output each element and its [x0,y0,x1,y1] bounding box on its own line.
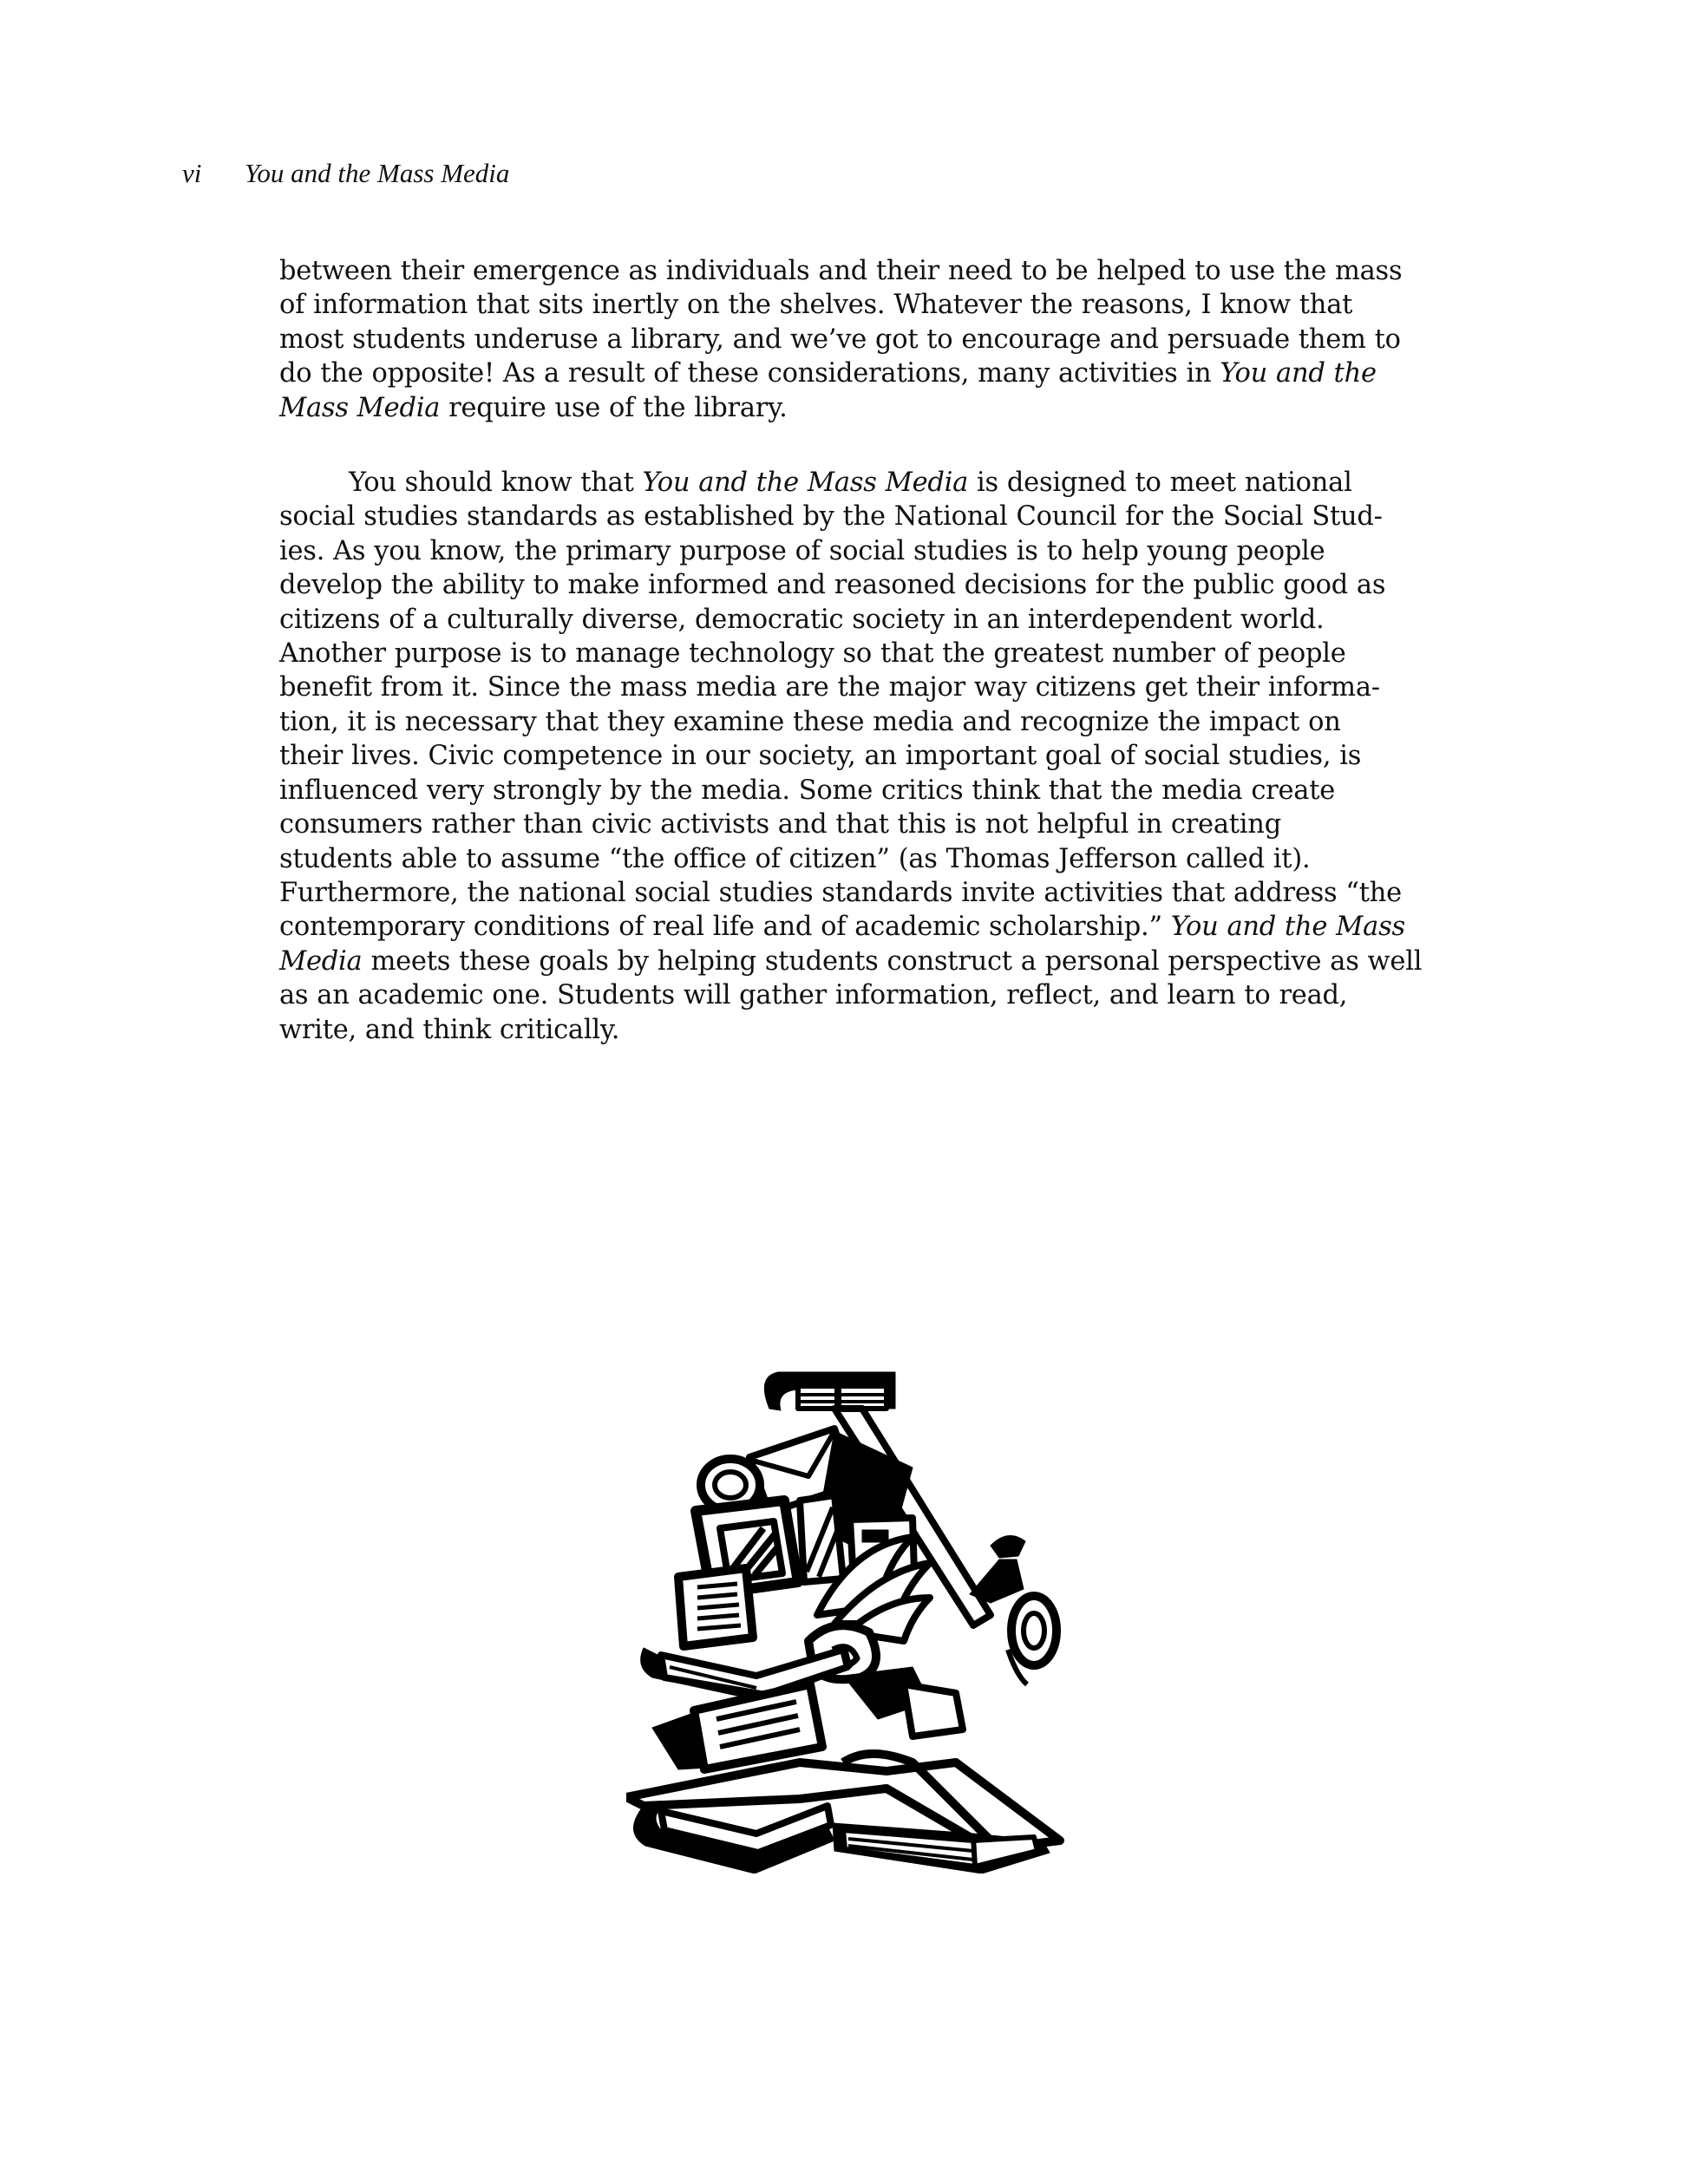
italic-title: You and the Mass [1171,912,1405,942]
text-run: of information that sits inertly on the … [279,290,1352,320]
text-line: students able to assume “the office of c… [279,842,1400,876]
text-line: develop the ability to make informed and… [279,568,1400,602]
text-line: Mass Media require use of the library. [279,391,1400,425]
text-run: Furthermore, the national social studies… [279,878,1402,908]
text-run: do the opposite! As a result of these co… [279,358,1220,389]
running-head: viYou and the Mass Media [182,158,509,189]
page-number: vi [182,158,245,189]
text-run: develop the ability to make informed and… [279,570,1385,600]
text-line: their lives. Civic competence in our soc… [279,739,1400,773]
text-run: between their emergence as individuals a… [279,256,1402,286]
text-line: between their emergence as individuals a… [279,254,1400,288]
text-run: is designed to meet national [968,468,1352,498]
text-line: citizens of a culturally diverse, democr… [279,603,1400,637]
text-run: tion, it is necessary that they examine … [279,707,1341,737]
text-run: write, and think critically. [279,1015,619,1045]
text-run: ies. As you know, the primary purpose of… [279,536,1325,566]
italic-title: Mass Media [279,393,440,423]
text-line: Furthermore, the national social studies… [279,876,1400,910]
text-run: as an academic one. Students will gather… [279,980,1347,1010]
text-run: contemporary conditions of real life and… [279,912,1171,942]
text-run: You should know that [349,468,643,498]
text-run: their lives. Civic competence in our soc… [279,741,1361,771]
text-line: most students underuse a library, and we… [279,323,1400,356]
italic-title: You and the Mass Media [643,468,969,498]
text-line: social studies standards as established … [279,500,1400,533]
text-line: write, and think critically. [279,1013,1400,1047]
text-run: meets these goals by helping students co… [363,946,1423,977]
text-line: Media meets these goals by helping stude… [279,945,1400,978]
text-run: Another purpose is to manage technology … [279,638,1346,669]
text-line: Another purpose is to manage technology … [279,637,1400,670]
text-line: as an academic one. Students will gather… [279,978,1400,1012]
books-media-illustration [626,1355,1069,1873]
text-run: benefit from it. Since the mass media ar… [279,672,1380,703]
text-run: most students underuse a library, and we… [279,324,1401,355]
paragraph-2: You should know that You and the Mass Me… [279,466,1400,1047]
text-line: You should know that You and the Mass Me… [279,466,1400,500]
text-line: ies. As you know, the primary purpose of… [279,534,1400,568]
text-run: social studies standards as established … [279,501,1383,532]
text-line: of information that sits inertly on the … [279,288,1400,322]
text-line: influenced very strongly by the media. S… [279,774,1400,808]
body-text: between their emergence as individuals a… [279,254,1400,1047]
text-run: citizens of a culturally diverse, democr… [279,605,1324,635]
text-line: do the opposite! As a result of these co… [279,356,1400,390]
text-run: require use of the library. [440,393,787,423]
text-line: benefit from it. Since the mass media ar… [279,670,1400,704]
text-run: influenced very strongly by the media. S… [279,775,1335,806]
paragraph-1: between their emergence as individuals a… [279,254,1400,425]
italic-title: You and the [1220,358,1376,389]
text-line: tion, it is necessary that they examine … [279,705,1400,739]
text-run: consumers rather than civic activists an… [279,809,1281,840]
text-run: students able to assume “the office of c… [279,844,1310,874]
text-line: consumers rather than civic activists an… [279,808,1400,841]
italic-title: Media [279,946,363,977]
text-line: contemporary conditions of real life and… [279,910,1400,944]
running-title: You and the Mass Media [245,158,509,188]
stack-of-books-icon [626,1355,1069,1873]
